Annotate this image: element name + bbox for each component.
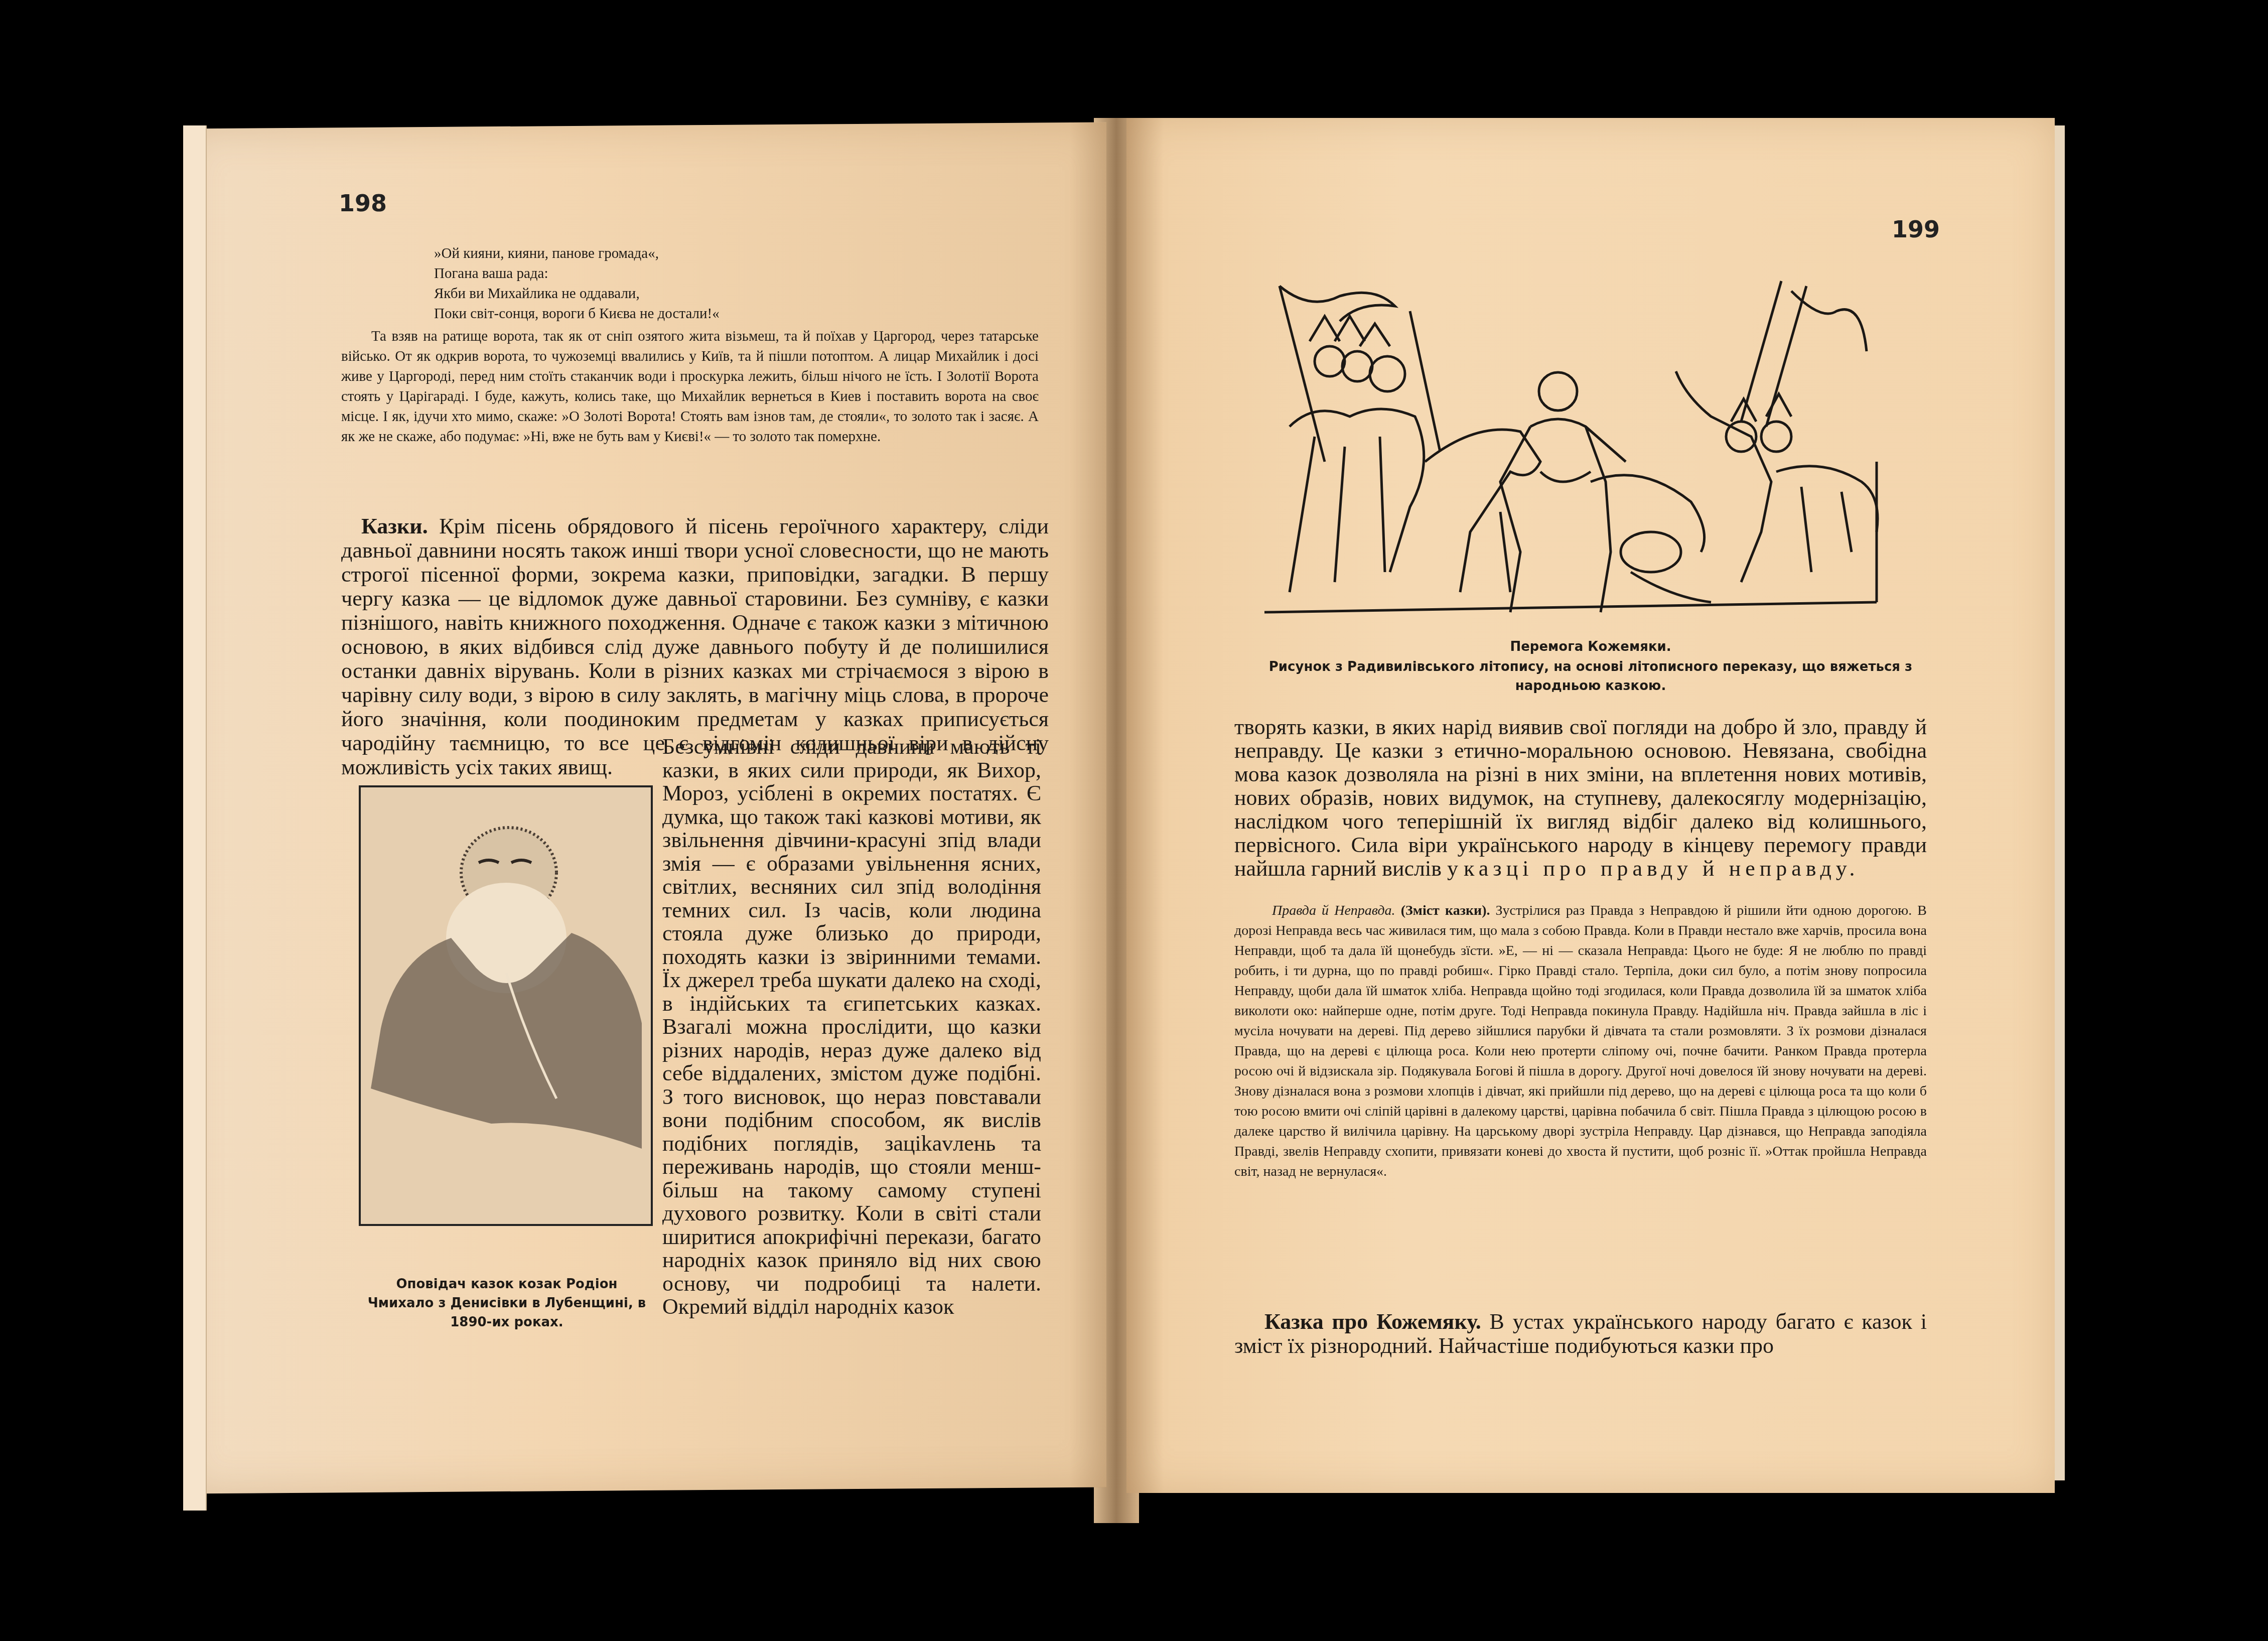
paragraph-text-spaced: казці про правду й неправду. [1464, 856, 1859, 881]
section-heading-kozhemyaka: Казка про Кожемяку. [1264, 1309, 1481, 1334]
portrait-photo-frame [359, 785, 653, 1226]
section-heading-kazky: Казки. [361, 514, 428, 538]
illustration-title: Перемога Кожемяки. [1244, 637, 1937, 656]
kozhemyaka-drawing [1259, 271, 1927, 622]
portrait-photo [361, 787, 651, 1224]
page-number-left: 198 [339, 190, 387, 217]
verse-line: Погана ваша рада: [434, 263, 720, 284]
verse-line: Якби ви Михайлика не оддавали, [434, 284, 720, 304]
paragraph-fairy-tales-column: Безсумнівні сліди давнини мають ті казки… [662, 735, 1041, 1319]
page-number-right: 199 [1892, 216, 1940, 243]
paragraph-kozhemyaka: Казка про Кожемяку. В устах українського… [1234, 1310, 1927, 1358]
story-text: Зустрілися раз Правда з Неправдою й ріши… [1234, 903, 1927, 1179]
poem-verse: »Ой кияни, кияни, панове громада«, Поган… [434, 243, 720, 324]
verse-line: Поки світ-сонця, вороги б Києва не доста… [434, 304, 720, 324]
right-page-edge [2055, 125, 2065, 1480]
illustration-caption: Рисунок з Радивилівського літопису, на о… [1239, 657, 1942, 696]
story-title: Правда й Неправда. [1272, 903, 1395, 918]
paragraph-moral-tales: творять казки, в яких нарід виявив свої … [1234, 715, 1927, 880]
story-pravda-nepravda: Правда й Неправда. (Зміст казки). Зустрі… [1234, 901, 1927, 1182]
illustration-battle-scene [1259, 271, 1927, 622]
paragraph-golden-gate: Та взяв на ратище ворота, так як от сніп… [341, 326, 1039, 447]
verse-line: »Ой кияни, кияни, панове громада«, [434, 243, 720, 263]
story-subtitle: (Зміст казки). [1401, 903, 1490, 918]
portrait-caption: Оповідач казок козак Родіон Чмихало з Де… [361, 1275, 652, 1332]
left-page-edge [183, 125, 207, 1511]
